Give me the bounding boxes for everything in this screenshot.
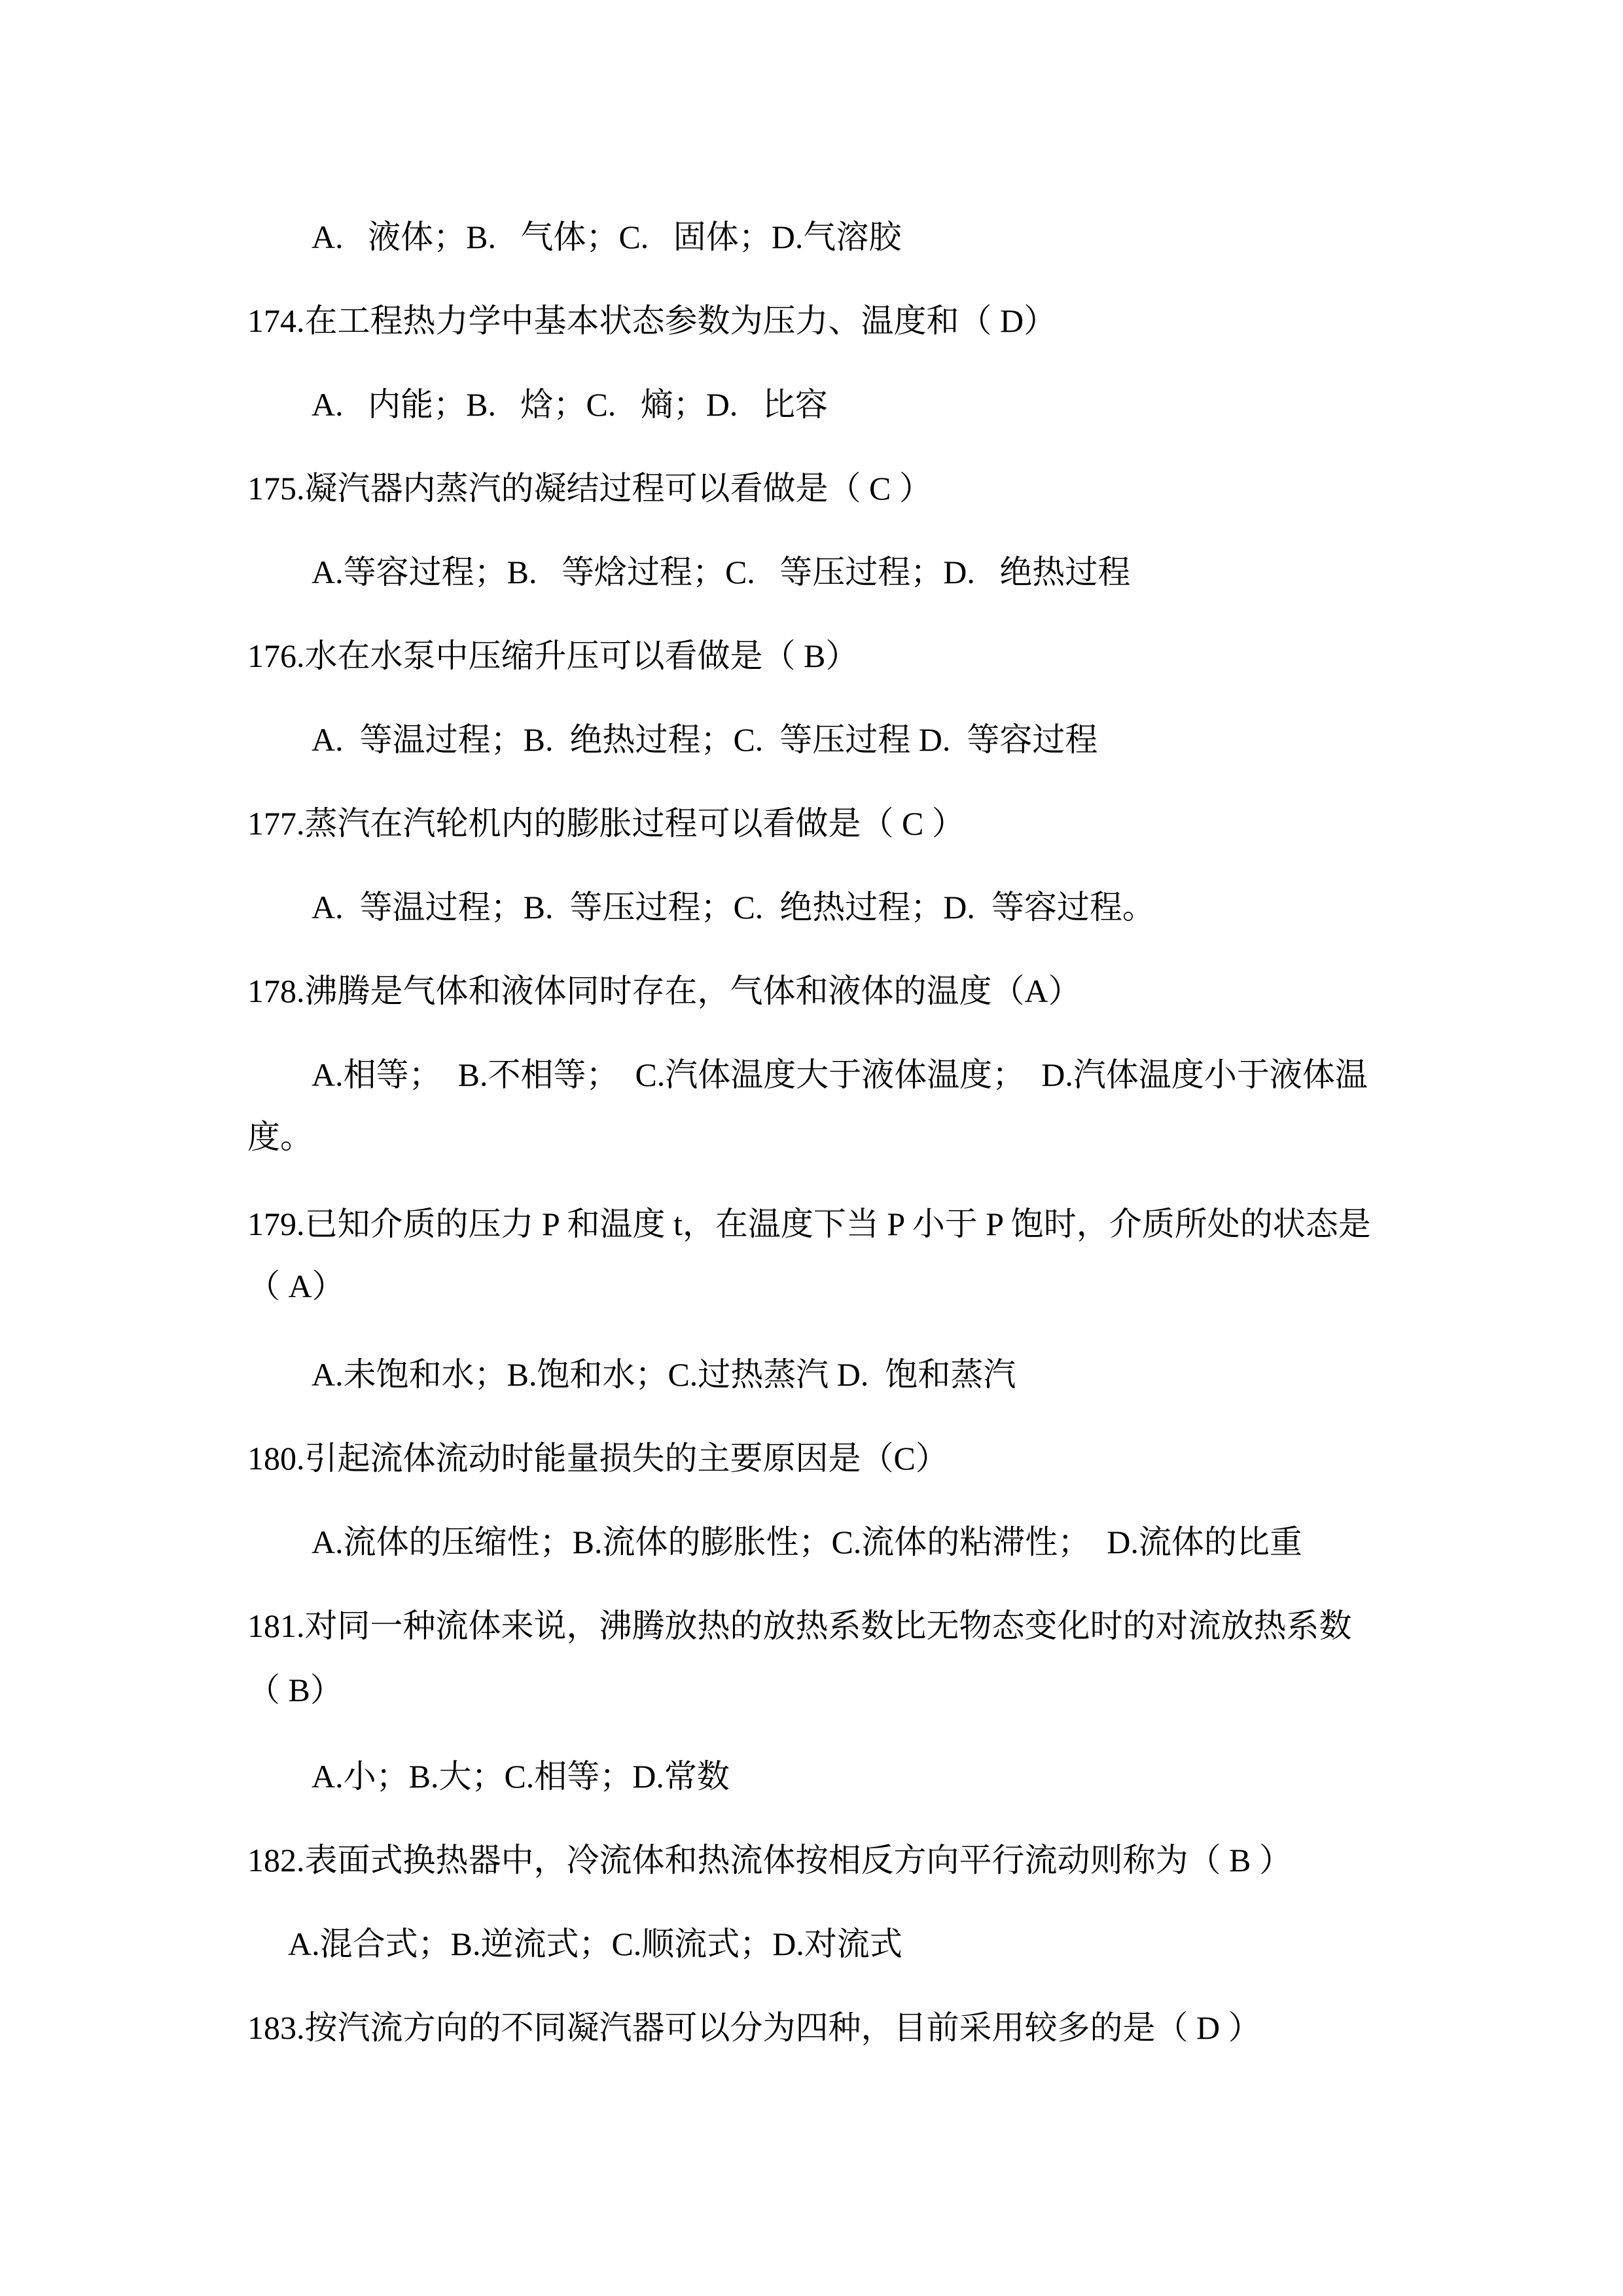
question-stem-178: 178.沸腾是气体和液体同时存在，气体和液体的温度（A） bbox=[247, 972, 1081, 1010]
options-line-177: A. 等温过程；B. 等压过程；C. 绝热过程；D. 等容过程。 bbox=[312, 888, 1155, 926]
options-line-prev-question: A. 液体；B. 气体；C. 固体；D.气溶胶 bbox=[312, 218, 901, 256]
question-stem-175: 175.凝汽器内蒸汽的凝结过程可以看做是（ C ） bbox=[247, 469, 932, 507]
question-stem-182: 182.表面式换热器中，冷流体和热流体按相反方向平行流动则称为（ B ） bbox=[247, 1841, 1292, 1879]
question-stem-174: 174.在工程热力学中基本状态参数为压力、温度和（ D） bbox=[247, 302, 1056, 340]
options-line-179: A.未饱和水；B.饱和水；C.过热蒸汽 D. 饱和蒸汽 bbox=[312, 1355, 1016, 1393]
options-line-176: A. 等温过程；B. 绝热过程；C. 等压过程 D. 等容过程 bbox=[312, 721, 1097, 759]
options-line-182: A.混合式；B.逆流式；C.顺流式；D.对流式 bbox=[288, 1925, 902, 1963]
document-page: A. 液体；B. 气体；C. 固体；D.气溶胶 174.在工程热力学中基本状态参… bbox=[0, 0, 1623, 2296]
question-stem-181-part2: （ B） bbox=[247, 1671, 343, 1709]
options-line-181: A.小；B.大；C.相等；D.常数 bbox=[312, 1757, 730, 1795]
question-stem-181-part1: 181.对同一种流体来说，沸腾放热的放热系数比无物态变化时的对流放热系数 bbox=[247, 1607, 1352, 1645]
question-stem-177: 177.蒸汽在汽轮机内的膨胀过程可以看做是（ C ） bbox=[247, 804, 965, 842]
question-stem-179-part2: （ A） bbox=[247, 1267, 345, 1305]
options-line-175: A.等容过程；B. 等焓过程；C. 等压过程；D. 绝热过程 bbox=[312, 553, 1130, 591]
question-stem-183: 183.按汽流方向的不同凝汽器可以分为四种，目前采用较多的是（ D ） bbox=[247, 2009, 1261, 2047]
options-line-178-part1: A.相等； B.不相等； C.汽体温度大于液体温度； D.汽体温度小于液体温 bbox=[312, 1056, 1368, 1094]
options-line-174: A. 内能；B. 焓；C. 熵；D. 比容 bbox=[312, 386, 828, 423]
question-stem-176: 176.水在水泵中压缩升压可以看做是（ B） bbox=[247, 637, 858, 675]
options-line-180: A.流体的压缩性；B.流体的膨胀性；C.流体的粘滞性； D.流体的比重 bbox=[312, 1523, 1302, 1561]
question-stem-179-part1: 179.已知介质的压力 P 和温度 t，在温度下当 P 小于 P 饱时，介质所处… bbox=[247, 1205, 1371, 1243]
question-stem-180: 180.引起流体流动时能量损失的主要原因是（C） bbox=[247, 1439, 948, 1477]
options-line-178-part2: 度。 bbox=[247, 1118, 313, 1156]
